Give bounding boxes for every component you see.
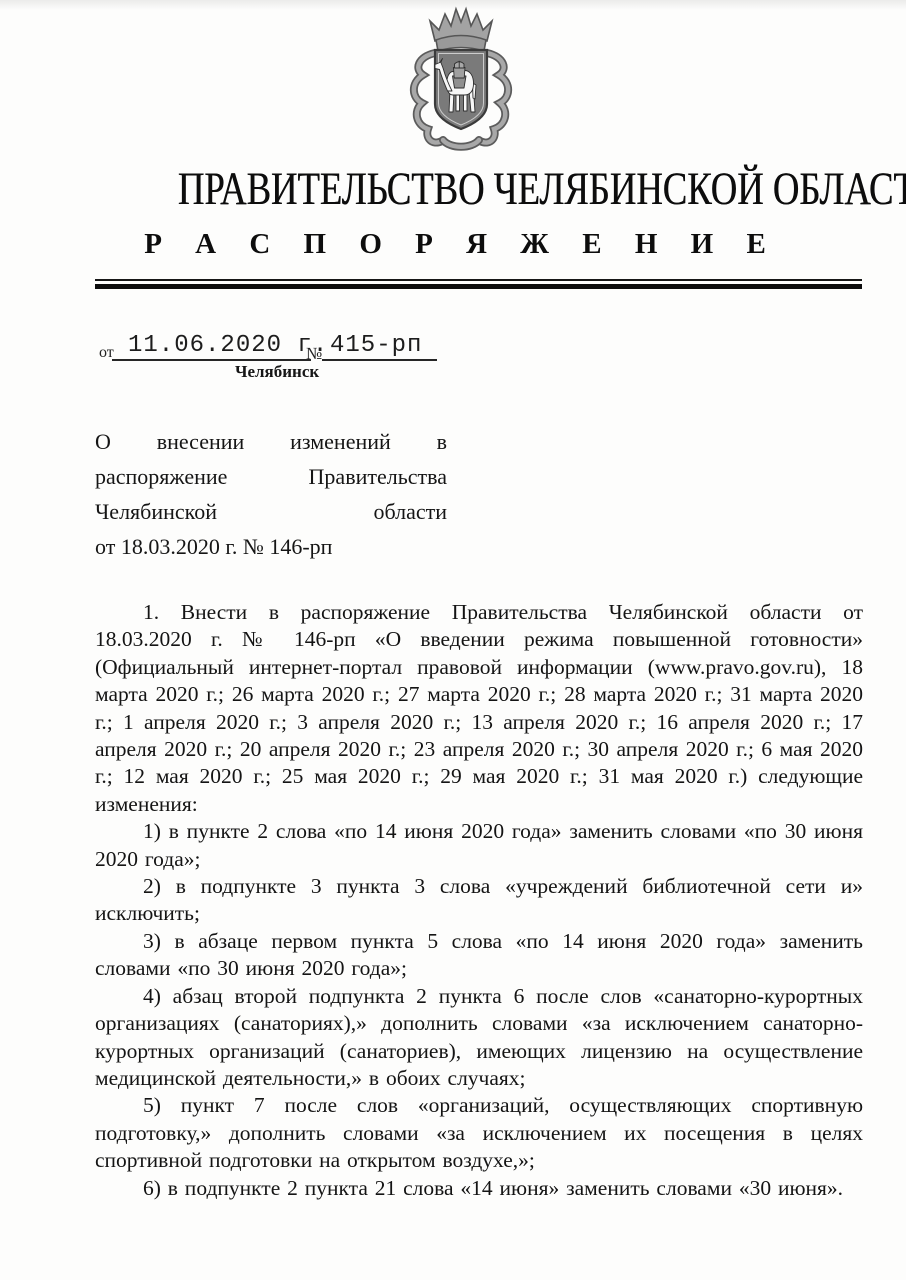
paragraph-item-5: 5) пункт 7 после слов «организаций, осущ… xyxy=(95,1092,863,1174)
doc-date: 11.06.2020 г. xyxy=(128,332,328,359)
header-divider xyxy=(95,279,862,289)
number-underline xyxy=(322,359,437,361)
subject-line: Челябинской области xyxy=(95,494,447,529)
number-sign: № xyxy=(306,344,322,364)
subject-block: О внесении изменений в распоряжение Прав… xyxy=(95,424,447,564)
date-underline xyxy=(112,359,311,361)
subject-line: О внесении изменений в xyxy=(95,424,447,459)
crown-icon xyxy=(430,9,492,51)
doc-number: 415-рп xyxy=(330,332,422,359)
doc-type-title: Р А С П О Р Я Ж Е Н И Е xyxy=(70,228,840,261)
org-name-text: ПРАВИТЕЛЬСТВО ЧЕЛЯБИНСКОЙ ОБЛАСТИ xyxy=(178,163,906,215)
paragraph-item-6: 6) в подпункте 2 пункта 21 слова «14 июн… xyxy=(95,1175,863,1202)
paragraph-intro: 1. Внести в распоряжение Правительства Ч… xyxy=(95,599,863,818)
paragraph-item-4: 4) абзац второй подпункта 2 пункта 6 пос… xyxy=(95,983,863,1093)
subject-line: от 18.03.2020 г. № 146-рп xyxy=(95,529,447,564)
paragraph-item-2: 2) в подпункте 3 пункта 3 слова «учрежде… xyxy=(95,873,863,928)
paragraph-item-3: 3) в абзаце первом пункта 5 слова «по 14… xyxy=(95,928,863,983)
subject-line: распоряжение Правительства xyxy=(95,459,447,494)
coat-of-arms-chelyabinsk xyxy=(399,6,523,156)
paragraph-item-1: 1) в пункте 2 слова «по 14 июня 2020 год… xyxy=(95,818,863,873)
divider-thick-line xyxy=(95,284,862,289)
body-text: 1. Внести в распоряжение Правительства Ч… xyxy=(95,599,863,1202)
org-name: ПРАВИТЕЛЬСТВО ЧЕЛЯБИНСКОЙ ОБЛАСТИ xyxy=(70,163,840,215)
city-label: Челябинск xyxy=(235,362,319,382)
document-page: ПРАВИТЕЛЬСТВО ЧЕЛЯБИНСКОЙ ОБЛАСТИ Р А С … xyxy=(0,0,906,1280)
